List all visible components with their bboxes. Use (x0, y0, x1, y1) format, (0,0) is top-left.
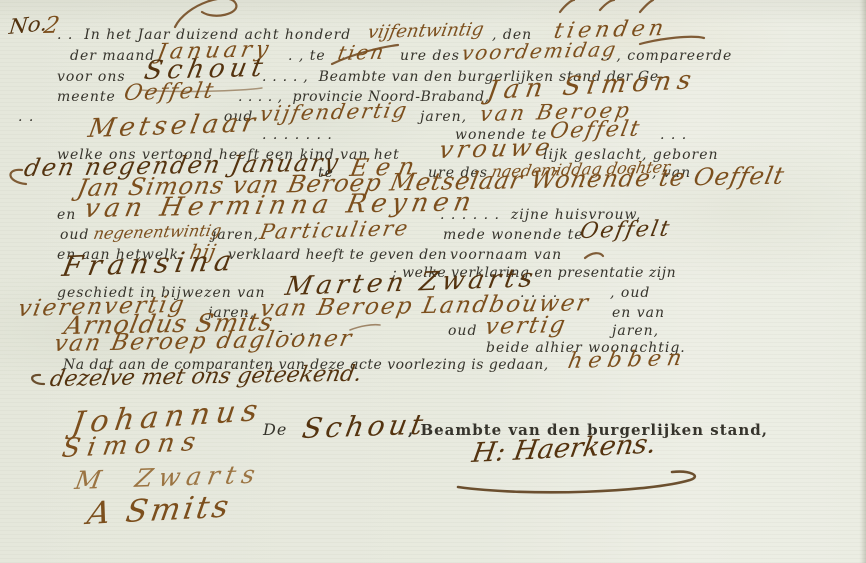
haerkens-underline (458, 472, 695, 493)
handwritten-text: Fransina (60, 246, 240, 281)
handwritten-text: H: Haerkens. (470, 431, 658, 469)
printed-text: , oud (610, 286, 650, 301)
printed-text: oud (448, 324, 477, 339)
document-page: No.2. . In het Jaar duizend acht honderd… (0, 0, 866, 563)
top-mid-stroke-3 (640, 0, 653, 12)
printed-text: der maand (70, 49, 155, 64)
handwritten-text: van Herminna Reynen (82, 189, 478, 223)
printed-text: ure des (400, 49, 460, 64)
dezelve-curl (32, 375, 44, 384)
top-left-flourish (175, 0, 236, 27)
handwritten-text: vijfendertig (258, 99, 410, 125)
printed-text: verklaard heeft te geven den (228, 248, 447, 263)
handwritten-text: Simons (60, 429, 204, 464)
printed-text: meente (57, 90, 116, 105)
printed-text: jaren, (612, 324, 659, 339)
handwritten-text: dezelve met ons geteekend. (48, 363, 364, 392)
handwritten-text: Metselaar (86, 110, 261, 143)
handwritten-text: Oeffelt (122, 80, 217, 105)
top-mid-stroke-1 (560, 0, 574, 12)
printed-text: jaren, (212, 228, 259, 243)
handwritten-text: A Smits (85, 491, 234, 531)
handwritten-text: M Zwarts (73, 462, 263, 495)
printed-text: . . . . . . . (262, 128, 333, 143)
printed-text: . . . (660, 128, 687, 143)
handwritten-text: Oeffelt (548, 118, 643, 143)
printed-text: en (57, 208, 76, 223)
printed-text: oud (60, 228, 89, 243)
handwritten-text: hebben (566, 347, 689, 373)
printed-text: .. , compareerde (600, 49, 732, 64)
printed-text: jaren, (420, 110, 467, 125)
handwritten-text: Oeffelt (578, 218, 673, 243)
handwritten-text: tien (336, 42, 387, 64)
handwritten-text: Particuliere (258, 217, 411, 243)
printed-text: en van (612, 306, 665, 321)
printed-text: voornaam van (450, 248, 562, 263)
handwritten-text: vertig (483, 313, 569, 339)
handwritten-text: van Beroep daglooner (52, 327, 355, 356)
top-mid-stroke-2 (600, 0, 614, 10)
printed-text: . , te (288, 49, 326, 64)
printed-text: . . (18, 110, 34, 125)
printed-text: De (263, 422, 287, 439)
voornaam-mark (585, 253, 603, 258)
handwritten-text: vrouwe (437, 135, 556, 163)
printed-text: mede wonende te (443, 228, 584, 243)
handwritten-text: voordemidag (460, 39, 619, 64)
printed-text: voor ons (57, 70, 126, 85)
